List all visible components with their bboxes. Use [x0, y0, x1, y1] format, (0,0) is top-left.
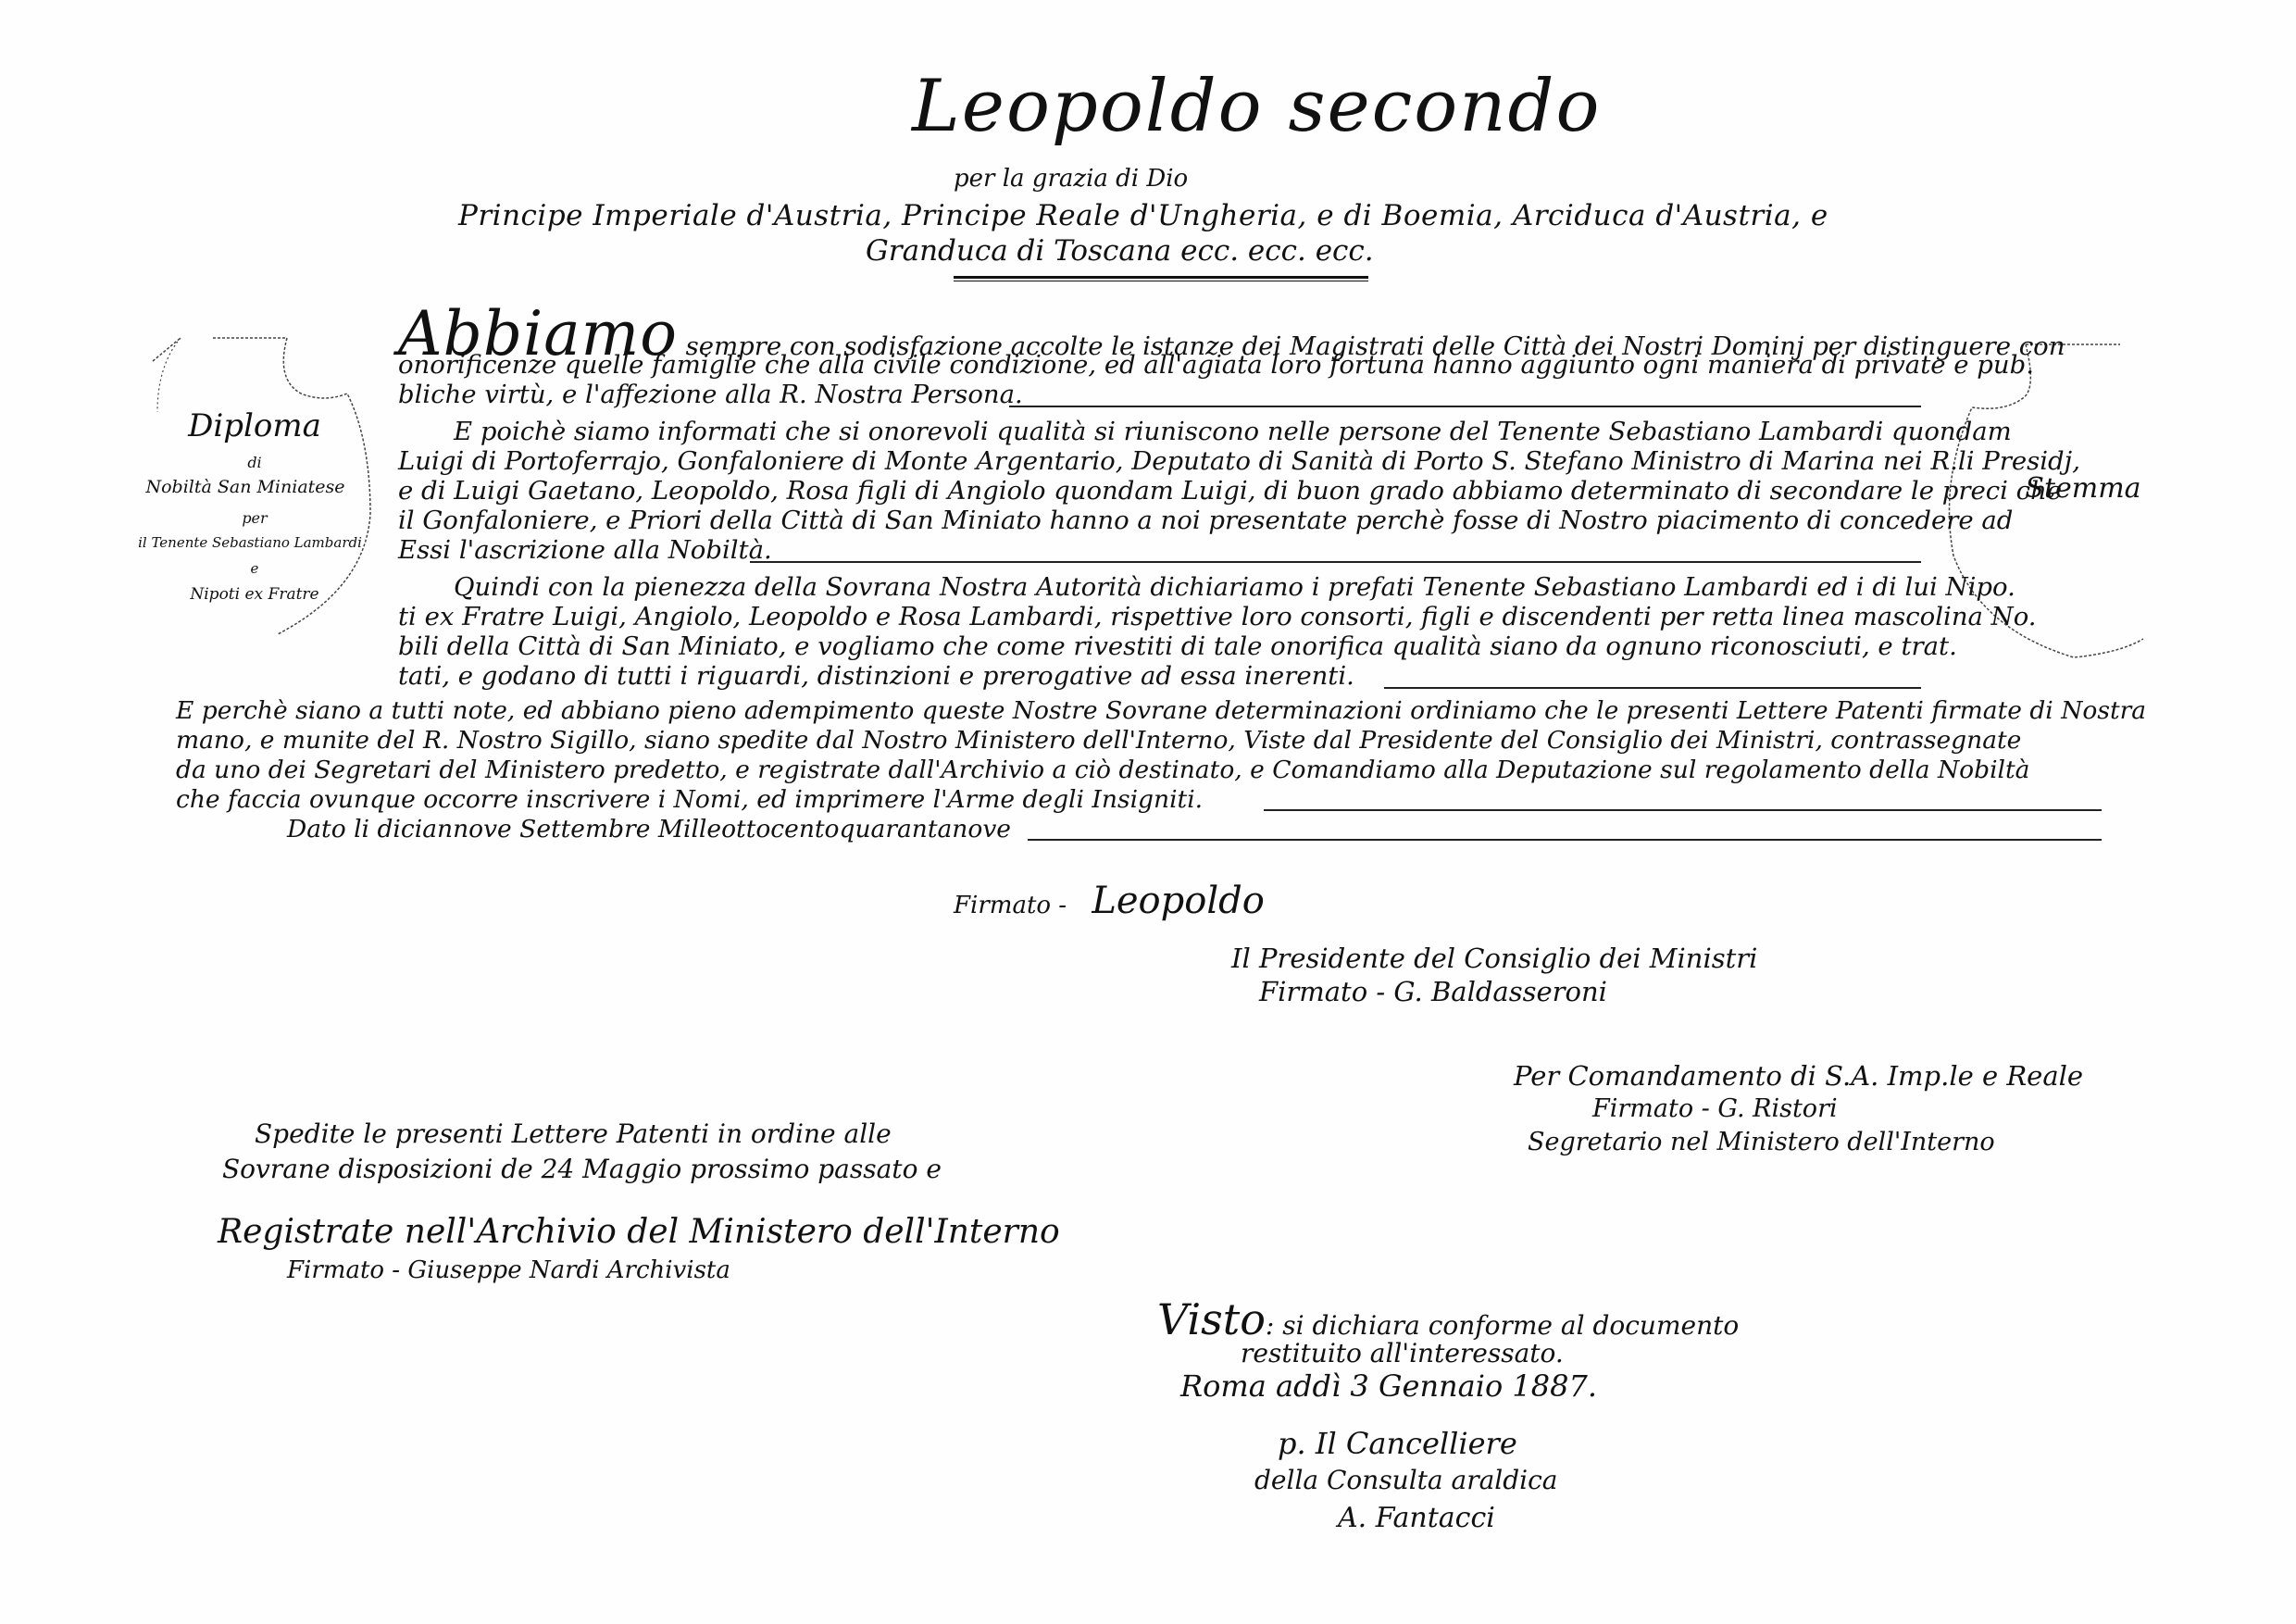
firmato-label: Firmato - — [954, 892, 1067, 919]
grace-formula: per la grazia di Dio — [954, 165, 1188, 193]
body-p1-line-2: onorificenze quelle famiglie che alla ci… — [398, 350, 2034, 380]
body-p4-line-2: mano, e munite del R. Nostro Sigillo, si… — [176, 726, 2021, 755]
line-filler-rule — [1028, 839, 2102, 841]
shield-nephews-label: Nipoti ex Fratre — [139, 585, 370, 604]
line-filler-rule — [1009, 406, 1921, 407]
visto-line-1: Visto: si dichiara conforme al documento — [1157, 1294, 1739, 1344]
chancellor-title: p. Il Cancelliere — [1278, 1426, 1517, 1461]
body-p3-line-4: tati, e godano di tutti i riguardi, dist… — [398, 661, 1354, 691]
sovereign-title: Leopoldo secondo — [912, 65, 1601, 148]
registration-archive-line: Registrate nell'Archivio del Ministero d… — [218, 1213, 1060, 1251]
left-shield-cartouche: Diploma di Nobiltà San Miniatese per il … — [139, 329, 407, 662]
president-signature: Firmato - G. Baldasseroni — [1259, 976, 1607, 1007]
visto-label: Visto — [1157, 1294, 1266, 1344]
line-filler-rule — [1264, 809, 2102, 811]
shield-per-label: per — [139, 509, 370, 527]
shield-recipient-label: il Tenente Sebastiano Lambardi — [120, 534, 380, 551]
secretary-command-line: Per Comandamento di S.A. Imp.le e Reale — [1514, 1060, 2083, 1092]
visto-date: Roma addì 3 Gennaio 1887. — [1180, 1368, 1597, 1404]
body-p2-line-1: E poichè siamo informati che si onorevol… — [454, 417, 2012, 446]
shield-di-label: di — [139, 454, 370, 471]
president-title: Il Presidente del Consiglio dei Ministri — [1231, 943, 1757, 974]
sovereign-titles-line-1: Principe Imperiale d'Austria, Principe R… — [458, 199, 1828, 232]
sovereign-name: Leopoldo — [1092, 880, 1264, 922]
line-filler-rule — [750, 561, 1921, 563]
shield-nobility-label: Nobiltà San Miniatese — [111, 477, 380, 497]
body-p2-line-4: il Gonfaloniere, e Priori della Città di… — [398, 506, 2013, 535]
diploma-page: Leopoldo secondo per la grazia di Dio Pr… — [0, 0, 2296, 1624]
body-p3-line-2: ti ex Fratre Luigi, Angiolo, Leopoldo e … — [398, 602, 2037, 631]
header-double-rule — [954, 276, 1368, 281]
body-p2-line-3: e di Luigi Gaetano, Leopoldo, Rosa figli… — [398, 476, 2062, 506]
line-filler-rule — [1384, 687, 1921, 689]
body-p1-line-3: bliche virtù, e l'affezione alla R. Nost… — [398, 380, 1023, 409]
secretary-signature: Firmato - G. Ristori — [1592, 1094, 1838, 1123]
archivist-signature: Firmato - Giuseppe Nardi Archivista — [287, 1256, 730, 1284]
visto-text: : si dichiara conforme al documento — [1266, 1310, 1739, 1341]
shield-e-label: e — [139, 560, 370, 577]
body-p4-line-4: che faccia ovunque occorre inscrivere i … — [176, 785, 1203, 814]
body-p3-line-1: Quindi con la pienezza della Sovrana Nos… — [454, 572, 2015, 602]
sovereign-signature: Firmato - Leopoldo — [954, 880, 1265, 922]
registration-line-2: Sovrane disposizioni de 24 Maggio prossi… — [222, 1154, 942, 1184]
visto-line-2: restituito all'interessato. — [1241, 1338, 1564, 1368]
body-p2-line-5: Essi l'ascrizione alla Nobiltà. — [398, 535, 772, 565]
body-p2-line-2: Luigi di Portoferrajo, Gonfaloniere di M… — [398, 446, 2080, 476]
secretary-role: Segretario nel Ministero dell'Interno — [1528, 1128, 1995, 1156]
body-p3-line-3: bili della Città di San Miniato, e vogli… — [398, 631, 1957, 661]
shield-diploma-label: Diploma — [139, 407, 370, 444]
body-p4-line-1: E perchè siano a tutti note, ed abbiano … — [176, 696, 2146, 725]
chancellor-office: della Consulta araldica — [1254, 1465, 1558, 1495]
body-p4-line-3: da uno dei Segretari del Ministero prede… — [176, 756, 2029, 784]
dated-line: Dato li diciannove Settembre Milleottoce… — [287, 815, 1011, 843]
sovereign-titles-line-2: Granduca di Toscana ecc. ecc. ecc. — [866, 234, 1374, 268]
registration-line-1: Spedite le presenti Lettere Patenti in o… — [255, 1118, 892, 1149]
chancellor-signature: A. Fantacci — [1338, 1502, 1495, 1534]
